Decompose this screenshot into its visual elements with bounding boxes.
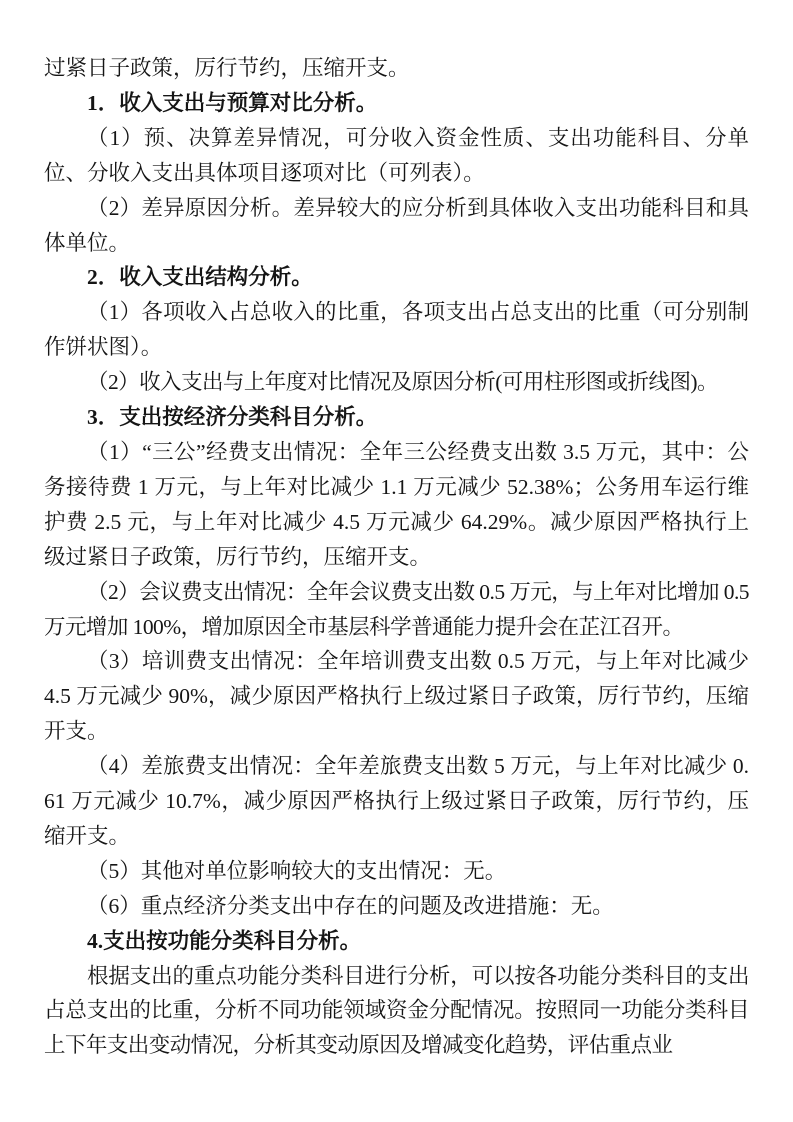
paragraph-3-4: （4）差旅费支出情况：全年差旅费支出数 5 万元，与上年对比减少 0.61 万元…: [44, 749, 749, 854]
section-heading-4: 4.支出按功能分类科目分析。: [44, 924, 749, 959]
section-heading-3: 3．支出按经济分类科目分析。: [44, 400, 749, 435]
document-body: 过紧日子政策，厉行节约，压缩开支。 1．收入支出与预算对比分析。 （1）预、决算…: [44, 51, 749, 1063]
document-page: 过紧日子政策，厉行节约，压缩开支。 1．收入支出与预算对比分析。 （1）预、决算…: [0, 0, 793, 1122]
paragraph-1-2: （2）差异原因分析。差异较大的应分析到具体收入支出功能科目和具体单位。: [44, 191, 749, 261]
section-heading-1: 1．收入支出与预算对比分析。: [44, 86, 749, 121]
section-heading-2: 2．收入支出结构分析。: [44, 260, 749, 295]
paragraph-3-6: （6）重点经济分类支出中存在的问题及改进措施：无。: [44, 889, 749, 924]
paragraph-3-2: （2）会议费支出情况：全年会议费支出数 0.5 万元，与上年对比增加 0.5 万…: [44, 575, 749, 645]
paragraph-continuation: 过紧日子政策，厉行节约，压缩开支。: [44, 51, 749, 86]
paragraph-1-1: （1）预、决算差异情况，可分收入资金性质、支出功能科目、分单位、分收入支出具体项…: [44, 121, 749, 191]
paragraph-3-1: （1）“三公”经费支出情况：全年三公经费支出数 3.5 万元，其中：公务接待费 …: [44, 435, 749, 575]
paragraph-2-2: （2）收入支出与上年度对比情况及原因分析(可用柱形图或折线图)。: [44, 365, 749, 400]
paragraph-3-5: （5）其他对单位影响较大的支出情况：无。: [44, 854, 749, 889]
paragraph-2-1: （1）各项收入占总收入的比重，各项支出占总支出的比重（可分别制作饼状图）。: [44, 295, 749, 365]
paragraph-3-3: （3）培训费支出情况：全年培训费支出数 0.5 万元，与上年对比减少 4.5 万…: [44, 644, 749, 749]
paragraph-4-1: 根据支出的重点功能分类科目进行分析，可以按各功能分类科目的支出占总支出的比重，分…: [44, 959, 749, 1064]
